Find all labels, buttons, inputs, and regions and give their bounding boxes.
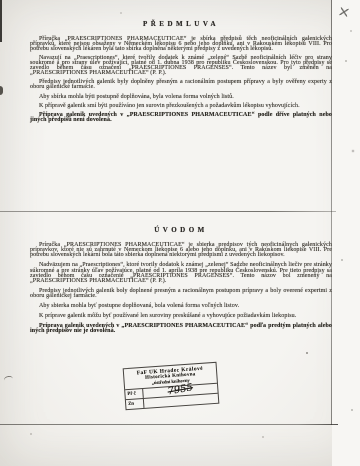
paragraph: Aby sbírka mohla býti postupně doplňován… [30, 95, 332, 100]
paragraph-emphasized: Příprava galenik uvedených v „PRAESCRIPT… [30, 113, 332, 123]
paragraph: Nadväzujem na „Praescriptiones“, ktoré t… [30, 263, 332, 284]
page-bottom-edge-line [0, 424, 338, 425]
paragraph: Příručka „PRAESCRIPTIONES PHARMACEUTICAE… [30, 37, 332, 52]
paragraph: Aby sbierka mohla byť postupne doplňovan… [30, 304, 332, 309]
paragraph: Navazují na „Praescriptiones“, které tvo… [30, 56, 332, 76]
paragraph: Předpisy jednotlivých galenik byly dopln… [30, 80, 332, 90]
section-heading-uvodom: ÚVODOM [30, 226, 332, 234]
paragraph: Predpisy jednotlivých galenik boly dopln… [30, 289, 332, 299]
stamp-signature-label: Zn [126, 398, 145, 408]
scan-artifact-curve-smudge [3, 375, 13, 384]
paragraph: K přípravě galenik smí býti používáno je… [30, 104, 332, 109]
scan-artifact-left-blob [0, 86, 3, 95]
stamp-accession-label: Př č [125, 388, 144, 398]
page-divider-line [0, 211, 336, 212]
scanned-document-page: PŘEDMLUVA Příručka „PRAESCRIPTIONES PHAR… [0, 0, 360, 466]
section-heading-predmluva: PŘEDMLUVA [30, 20, 332, 28]
scan-artifact-left-edge [0, 0, 2, 42]
paragraph: K príprave galenik môžu byť používané le… [30, 314, 332, 319]
scan-noise-dots [0, 0, 2, 2]
introduction-section-slovak: ÚVODOM Príručka „PRAESCRIPTIONES PHARMAC… [30, 226, 332, 339]
scan-right-margin [332, 0, 360, 466]
library-stamp: FaF UK Hradec Králové Historická Knihovn… [123, 362, 220, 410]
paragraph: Príručka „PRAESCRIPTIONES PHARMACEUTICAE… [30, 243, 332, 259]
stamp-table: Př č 7955 Zn [125, 382, 218, 408]
paragraph-emphasized: Príprava galenik uvedených v „PRAESCRIPT… [30, 324, 332, 334]
preface-section-czech: PŘEDMLUVA Příručka „PRAESCRIPTIONES PHAR… [30, 20, 332, 128]
scan-artifact-cross-smudge [339, 7, 348, 16]
